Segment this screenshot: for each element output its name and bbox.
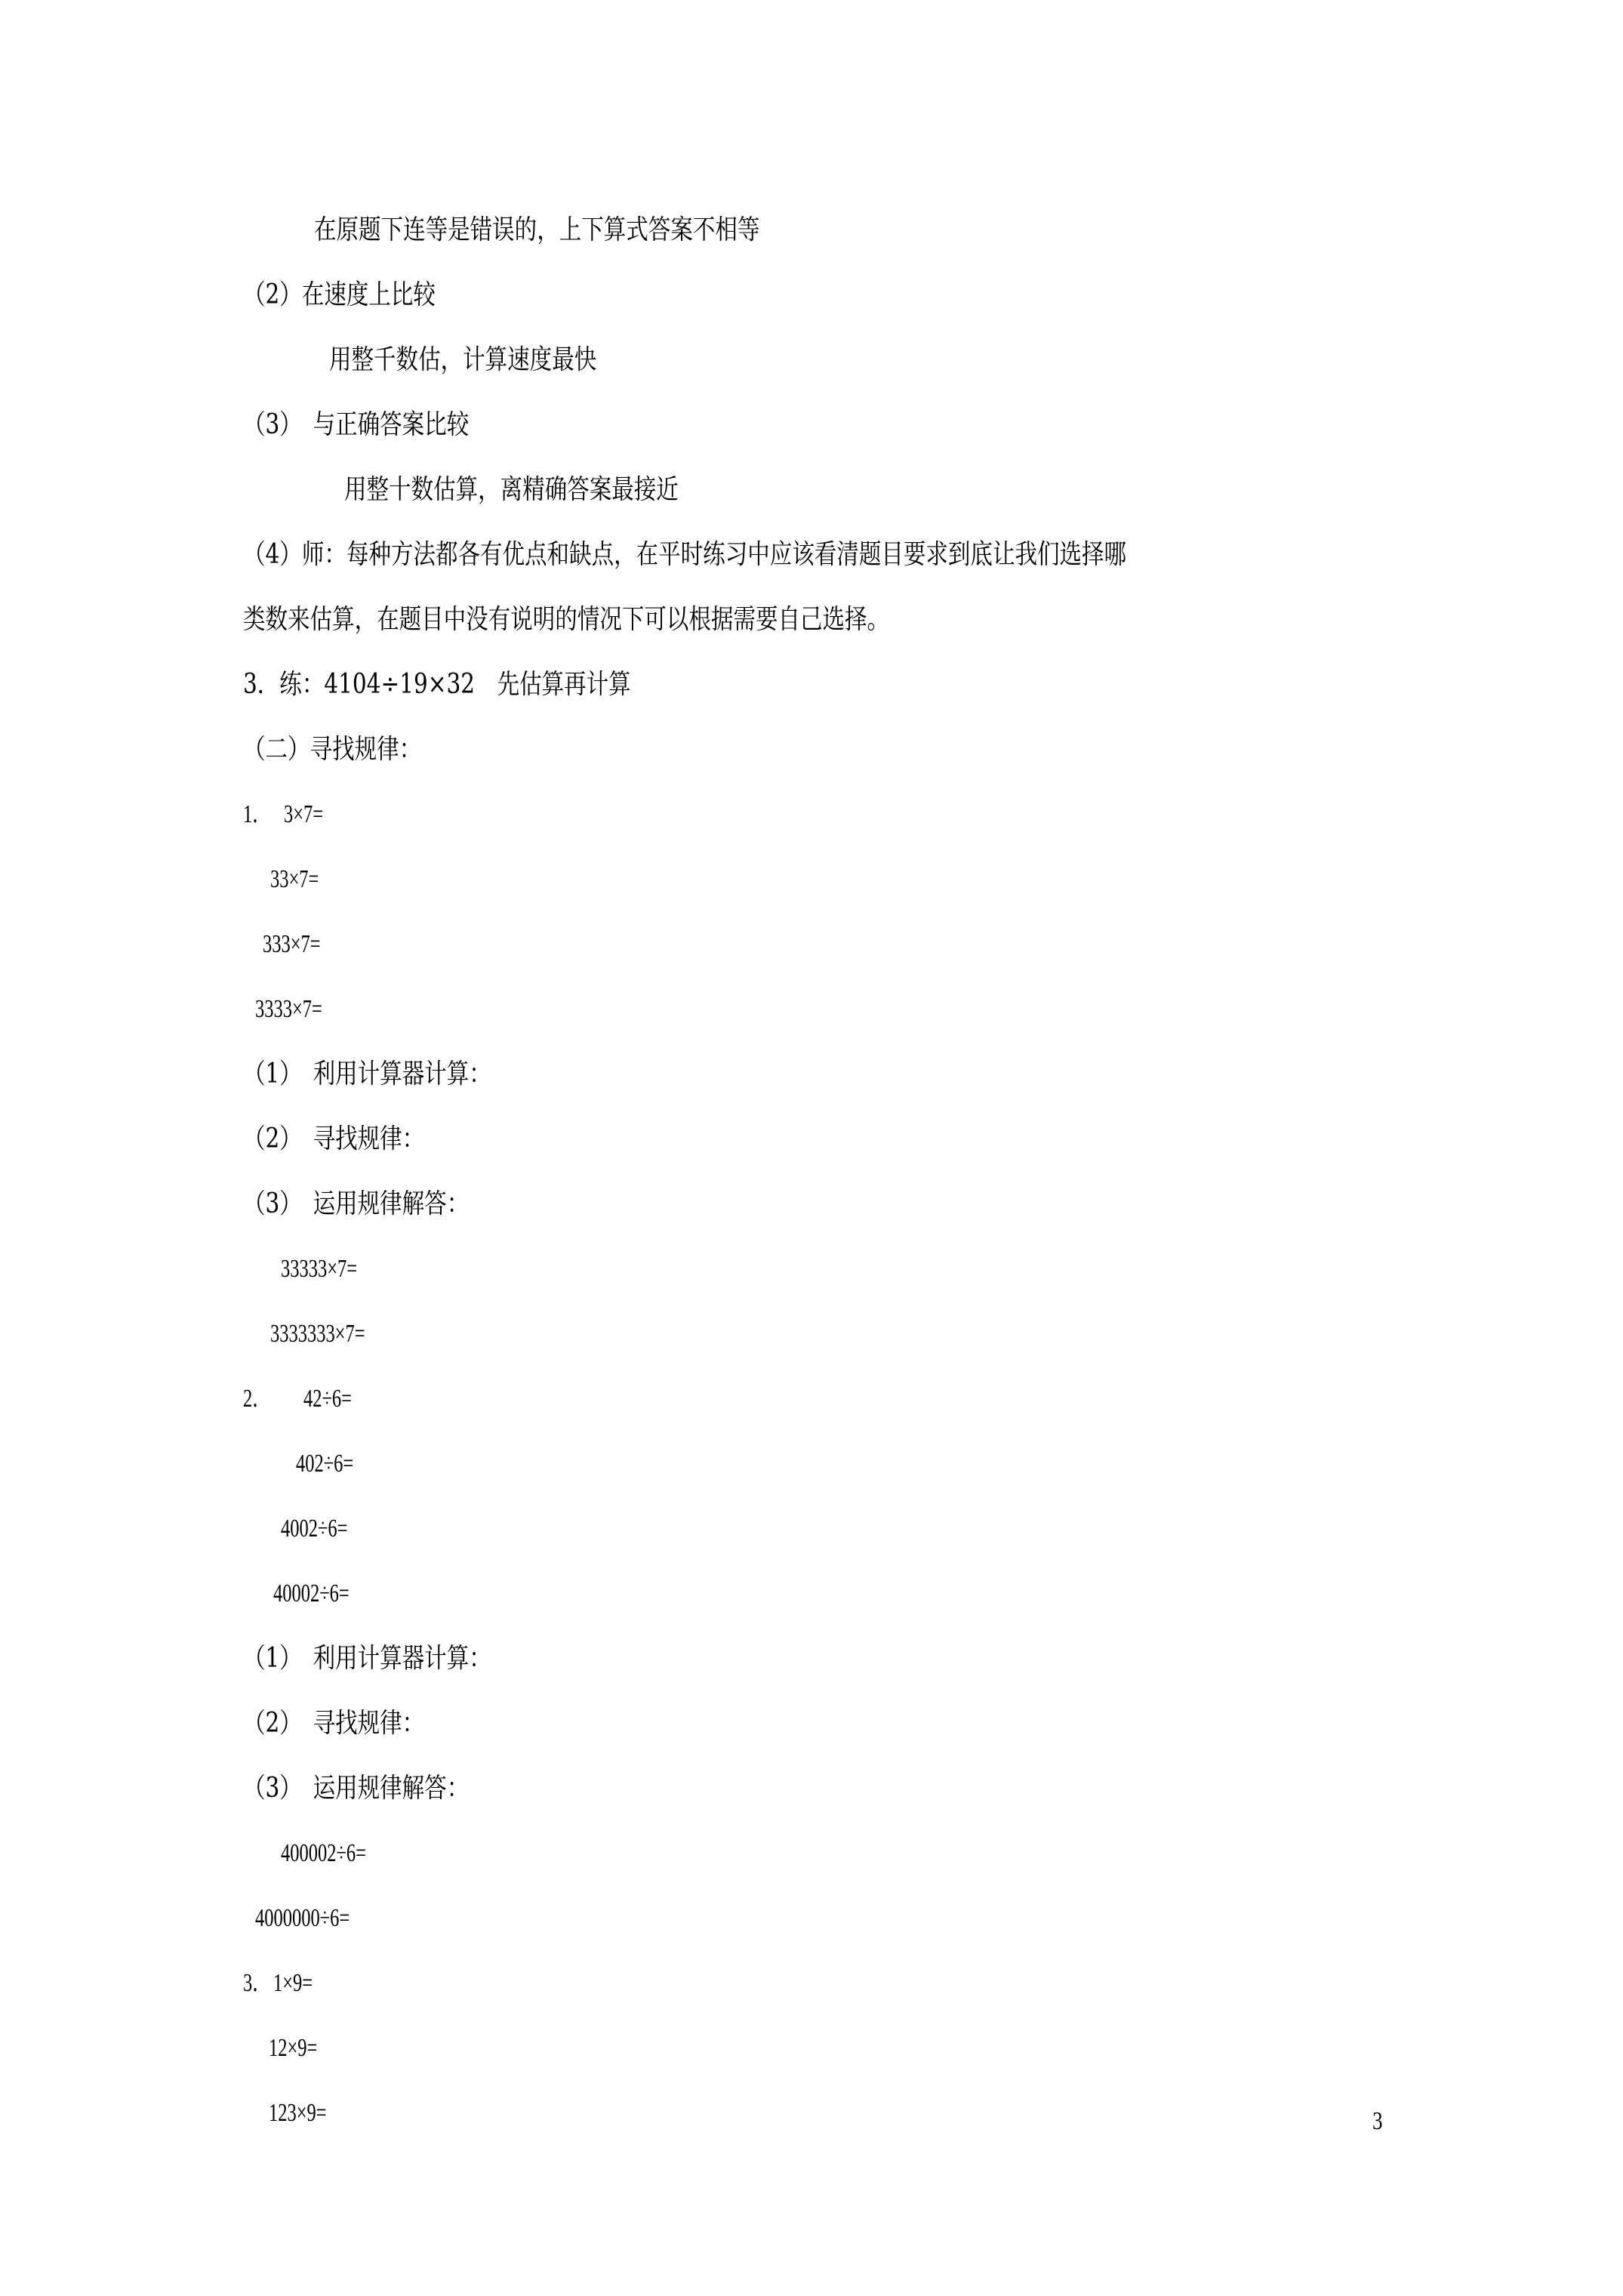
equation-line: 12×9= xyxy=(269,2032,317,2065)
text-line: （2） 寻找规律： xyxy=(243,1707,424,1740)
equation-line: 123×9= xyxy=(269,2097,327,2130)
page-number: 3 xyxy=(1372,2105,1383,2138)
equation-line: 400002÷6= xyxy=(281,1837,366,1870)
equation-line: 40002÷6= xyxy=(273,1577,350,1610)
equation-line: 3333333×7= xyxy=(270,1318,365,1351)
text-line: 在原题下连等是错误的，上下算式答案不相等 xyxy=(314,214,759,247)
equation-line: 402÷6= xyxy=(296,1447,353,1481)
equation-line: 333×7= xyxy=(263,928,321,961)
equation-line: 3×7= xyxy=(284,798,323,831)
text-line: （4）师：每种方法都各有优点和缺点，在平时练习中应该看清题目要求到底让我们选择哪 xyxy=(243,538,1126,572)
text-line: （二）寻找规律： xyxy=(243,733,421,766)
text-line: 用整千数估，计算速度最快 xyxy=(329,344,596,377)
equation-line: 33333×7= xyxy=(281,1253,357,1286)
text-line: （3） 运用规律解答： xyxy=(243,1188,469,1221)
text-line: （3） 运用规律解答： xyxy=(243,1772,469,1805)
equation-line: 33×7= xyxy=(270,863,319,896)
equation-line: 42÷6= xyxy=(303,1382,352,1416)
text-line: 3．练：4104÷19×32 先估算再计算 xyxy=(243,668,631,701)
text-line: （1） 利用计算器计算： xyxy=(243,1058,491,1091)
equation-line: 1×9= xyxy=(273,1967,313,2000)
equation-line: 1． xyxy=(243,798,271,831)
text-line: （1） 利用计算器计算： xyxy=(243,1642,491,1675)
equation-line: 4000000÷6= xyxy=(255,1902,350,1935)
text-line: （2） 寻找规律： xyxy=(243,1123,424,1156)
text-line: 用整十数估算，离精确答案最接近 xyxy=(344,473,679,507)
text-line: （2）在速度上比较 xyxy=(243,279,436,312)
text-line: （3） 与正确答案比较 xyxy=(243,408,469,442)
equation-line: 3333×7= xyxy=(255,993,322,1026)
equation-line: 4002÷6= xyxy=(281,1512,347,1546)
equation-line: 3． xyxy=(243,1967,271,2000)
equation-line: 2． xyxy=(243,1382,271,1416)
text-line: 类数来估算，在题目中没有说明的情况下可以根据需要自己选择。 xyxy=(243,603,889,636)
